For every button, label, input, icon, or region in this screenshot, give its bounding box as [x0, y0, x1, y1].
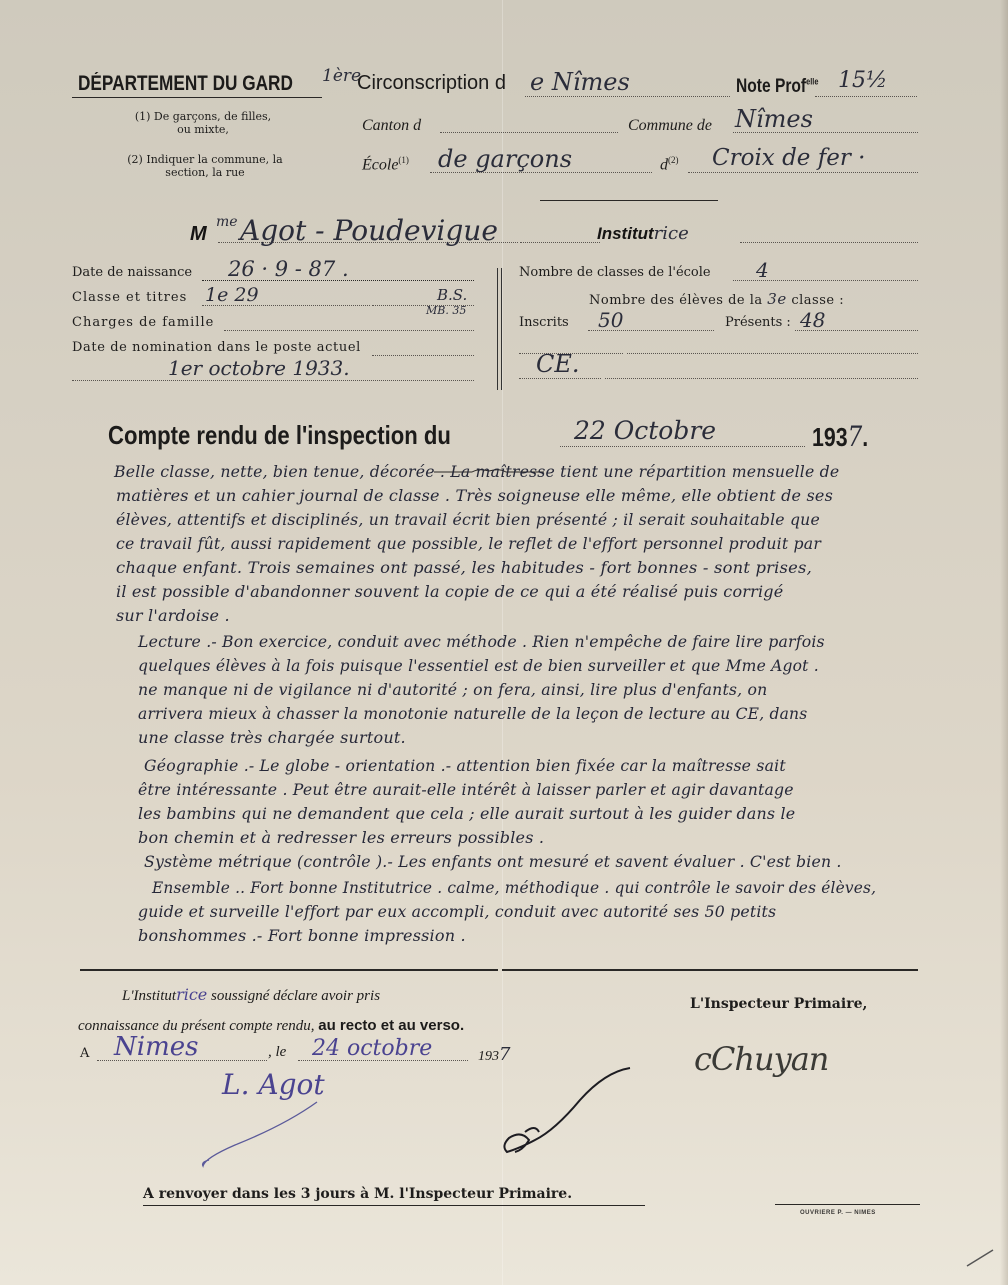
note-value: 15½	[838, 68, 887, 93]
nomination-label: Date de nomination dans le poste actuel	[72, 340, 361, 355]
paper-edge	[1000, 0, 1008, 1285]
ecole-label: École(1)	[362, 155, 409, 174]
comment-line: matières et un cahier journal de classe …	[116, 486, 996, 505]
lower-divider-left	[80, 969, 498, 971]
comment-line: être intéressante . Peut être aurait-ell…	[138, 780, 1000, 799]
circonscription-number: 1ère	[322, 66, 361, 86]
return-underline	[143, 1205, 645, 1206]
footnote-1: (1) De garçons, de filles, ou mixte,	[128, 110, 278, 136]
comment-line: Système métrique (contrôle ).- Les enfan…	[144, 852, 1006, 871]
ack-line-1: L'Institutrice soussigné déclare avoir p…	[122, 985, 380, 1005]
department-underline	[72, 97, 322, 98]
note-dots	[815, 96, 917, 97]
place-value: Nimes	[114, 1032, 198, 1062]
comment-line: guide et surveille l'effort par eux acco…	[138, 902, 1000, 921]
footnote-2: (2) Indiquer la commune, la section, la …	[125, 153, 285, 179]
d2-label: d(2)	[660, 155, 679, 174]
place-prefix: A	[80, 1046, 89, 1061]
ecole-value: de garçons	[438, 145, 572, 173]
report-date-value: 22 Octobre	[574, 416, 716, 445]
comment-line: Géographie .- Le globe - orientation .- …	[144, 756, 1006, 775]
printer-line	[775, 1204, 920, 1205]
level-value: CE.	[536, 350, 580, 378]
ack-date-value: 24 octobre	[312, 1036, 432, 1061]
report-year: 1937.	[812, 420, 868, 453]
canton-label: Canton d	[362, 117, 421, 135]
comment-line: arrivera mieux à chasser la monotonie na…	[138, 704, 992, 723]
pencil-stroke	[965, 1248, 995, 1268]
canton-field[interactable]	[440, 132, 618, 133]
date-prefix: , le	[268, 1044, 286, 1061]
printer-mark: OUVRIERE P. — NIMES	[800, 1210, 876, 1216]
extra-dots-1b	[627, 353, 918, 354]
teacher-name: Agot - Poudevigue	[240, 214, 498, 247]
present-value: 48	[800, 308, 825, 332]
class-titles: B.S.	[437, 286, 467, 304]
comment-line: bonshommes .- Fort bonne impression .	[138, 926, 1008, 945]
students-label: Nombre des élèves de la 3e classe :	[589, 290, 844, 308]
department-title: DÉPARTEMENT DU GARD	[78, 72, 293, 96]
comment-line: il est possible d'abandonner souvent la …	[116, 582, 996, 601]
circonscription-label: Circonscription d	[357, 72, 506, 95]
report-title: Compte rendu de l'inspection du	[108, 420, 451, 451]
family-field[interactable]	[224, 330, 474, 331]
comment-line: Lecture .- Bon exercice, conduit avec mé…	[138, 632, 1000, 651]
birth-value: 26 · 9 - 87 .	[228, 257, 349, 281]
comment-line: chaque enfant. Trois semaines ont passé,…	[116, 558, 1008, 577]
comment-line: élèves, attentifs et disciplinés, un tra…	[116, 510, 978, 529]
comment-line: bon chemin et à redresser les erreurs po…	[138, 828, 1008, 847]
d2-value: Croix de fer ·	[712, 145, 865, 171]
enrolled-label: Inscrits	[519, 315, 569, 330]
nomination-dots	[372, 355, 474, 356]
document-page: DÉPARTEMENT DU GARD 1ère Circonscription…	[0, 0, 1008, 1285]
comment-line: une classe très chargée surtout.	[138, 728, 1008, 747]
inspector-label: L'Inspecteur Primaire,	[690, 996, 867, 1012]
d2-dots	[688, 172, 918, 173]
commune-label: Commune de	[628, 117, 712, 135]
comment-line: ce travail fût, aussi rapidement que pos…	[116, 534, 978, 553]
comment-line: ne manque ni de vigilance ni d'autorité …	[138, 680, 1000, 699]
birth-label: Date de naissance	[72, 265, 192, 280]
nomination-dots-2	[72, 380, 474, 381]
classes-value: 4	[756, 258, 769, 282]
comment-line: Ensemble .. Fort bonne Institutrice . ca…	[152, 878, 997, 897]
role-dots-post	[740, 242, 918, 243]
note-label: Note Profelle	[736, 76, 818, 98]
title-sup: me	[216, 214, 238, 230]
teacher-signature: L. Agot	[222, 1068, 325, 1101]
report-date-dots	[560, 446, 805, 447]
teacher-signature-flourish	[195, 1100, 325, 1170]
circonscription-value: e Nîmes	[530, 68, 630, 96]
class-titles-2: MB. 35	[426, 304, 466, 317]
header-divider	[540, 200, 718, 201]
paraph-mark	[495, 1060, 635, 1160]
return-instruction: A renvoyer dans les 3 jours à M. l'Inspe…	[143, 1186, 572, 1202]
comment-line: sur l'ardoise .	[116, 606, 996, 625]
nomination-value: 1er octobre 1933.	[168, 356, 350, 380]
extra-dots-2b	[605, 378, 918, 379]
classes-label: Nombre de classes de l'école	[519, 265, 711, 280]
extra-dots-2a	[519, 378, 601, 379]
family-label: Charges de famille	[72, 315, 214, 330]
class-label: Classe et titres	[72, 290, 187, 305]
role-dots-pre	[520, 242, 600, 243]
present-label: Présents :	[725, 315, 791, 330]
circonscription-dots	[525, 96, 730, 97]
enrolled-value: 50	[598, 308, 623, 332]
class-value: 1e 29	[205, 284, 259, 306]
comment-line: Belle classe, nette, bien tenue, décorée…	[114, 462, 976, 481]
block-divider-2	[501, 268, 502, 390]
title-prefix: M	[190, 223, 207, 246]
lower-divider-right	[502, 969, 918, 971]
block-divider-1	[497, 268, 498, 390]
role-label: Institutrice	[597, 223, 689, 244]
commune-value: Nîmes	[735, 105, 813, 133]
comment-line: quelques élèves à la fois puisque l'esse…	[138, 656, 992, 675]
inspector-signature: cChuyan	[694, 1040, 828, 1078]
comment-line: les bambins qui ne demandent que cela ; …	[138, 804, 1008, 823]
